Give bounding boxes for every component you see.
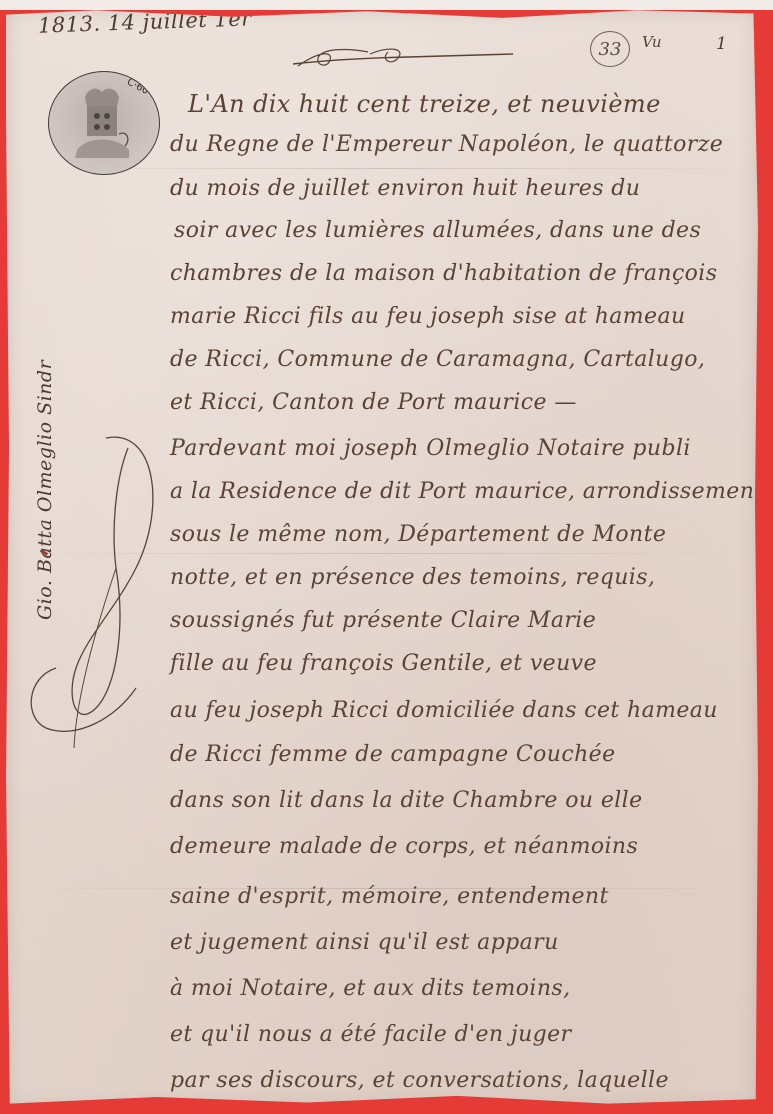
text-line: et Ricci, Canton de Port maurice —: [170, 390, 577, 415]
text-line: chambres de la maison d'habitation de fr…: [170, 261, 717, 286]
notary-margin-signature: Gio. Batta Olmeglio Sindr: [34, 360, 56, 620]
text-line: de Ricci, Commune de Caramagna, Cartalug…: [170, 347, 705, 372]
folio-number: 33: [599, 39, 622, 60]
text-line: au feu joseph Ricci domiciliée dans cet …: [170, 698, 718, 723]
folio-mark: Vu: [642, 33, 662, 51]
imperial-crest-icon: [71, 84, 133, 164]
text-line: saine d'esprit, mémoire, entendement: [170, 884, 609, 909]
date-annotation: 1813. 14 juillet 1er: [38, 6, 252, 37]
text-line: a la Residence de dit Port maurice, arro…: [170, 479, 764, 504]
page-number: 1: [716, 34, 727, 54]
text-line: Pardevant moi joseph Olmeglio Notaire pu…: [170, 436, 691, 461]
text-line: du Regne de l'Empereur Napoléon, le quat…: [170, 132, 723, 157]
text-line: notte, et en présence des temoins, requi…: [170, 565, 655, 590]
text-line: de Ricci femme de campagne Couchée: [170, 742, 616, 767]
tax-stamp: C·60·: [48, 71, 160, 175]
text-line: dans son lit dans la dite Chambre ou ell…: [170, 788, 643, 813]
text-line: sous le même nom, Département de Monte: [170, 522, 666, 547]
text-line: à moi Notaire, et aux dits temoins,: [170, 976, 571, 1001]
text-line: par ses discours, et conversations, laqu…: [170, 1068, 669, 1093]
text-line: soussignés fut présente Claire Marie: [170, 608, 596, 633]
text-line: L'An dix huit cent treize, et neuvième: [188, 90, 661, 118]
text-line: et qu'il nous a été facile d'en juger: [170, 1022, 571, 1047]
text-line: soir avec les lumières allumées, dans un…: [174, 218, 701, 243]
text-line: fille au feu françois Gentile, et veuve: [170, 651, 597, 676]
scan-background: 1813. 14 juillet 1er 33 Vu 1 C·60·: [0, 0, 773, 1114]
scan-top-edge: [0, 0, 773, 10]
document-page: 1813. 14 juillet 1er 33 Vu 1 C·60·: [6, 8, 758, 1108]
text-line: et jugement ainsi qu'il est apparu: [170, 930, 559, 955]
header-flourish-icon: [288, 42, 518, 72]
text-line: marie Ricci fils au feu joseph sise at h…: [170, 304, 686, 329]
folio-number-circle: 33: [590, 31, 630, 67]
text-line: demeure malade de corps, et néanmoins: [170, 834, 638, 859]
text-line: du mois de juillet environ huit heures d…: [170, 176, 640, 201]
